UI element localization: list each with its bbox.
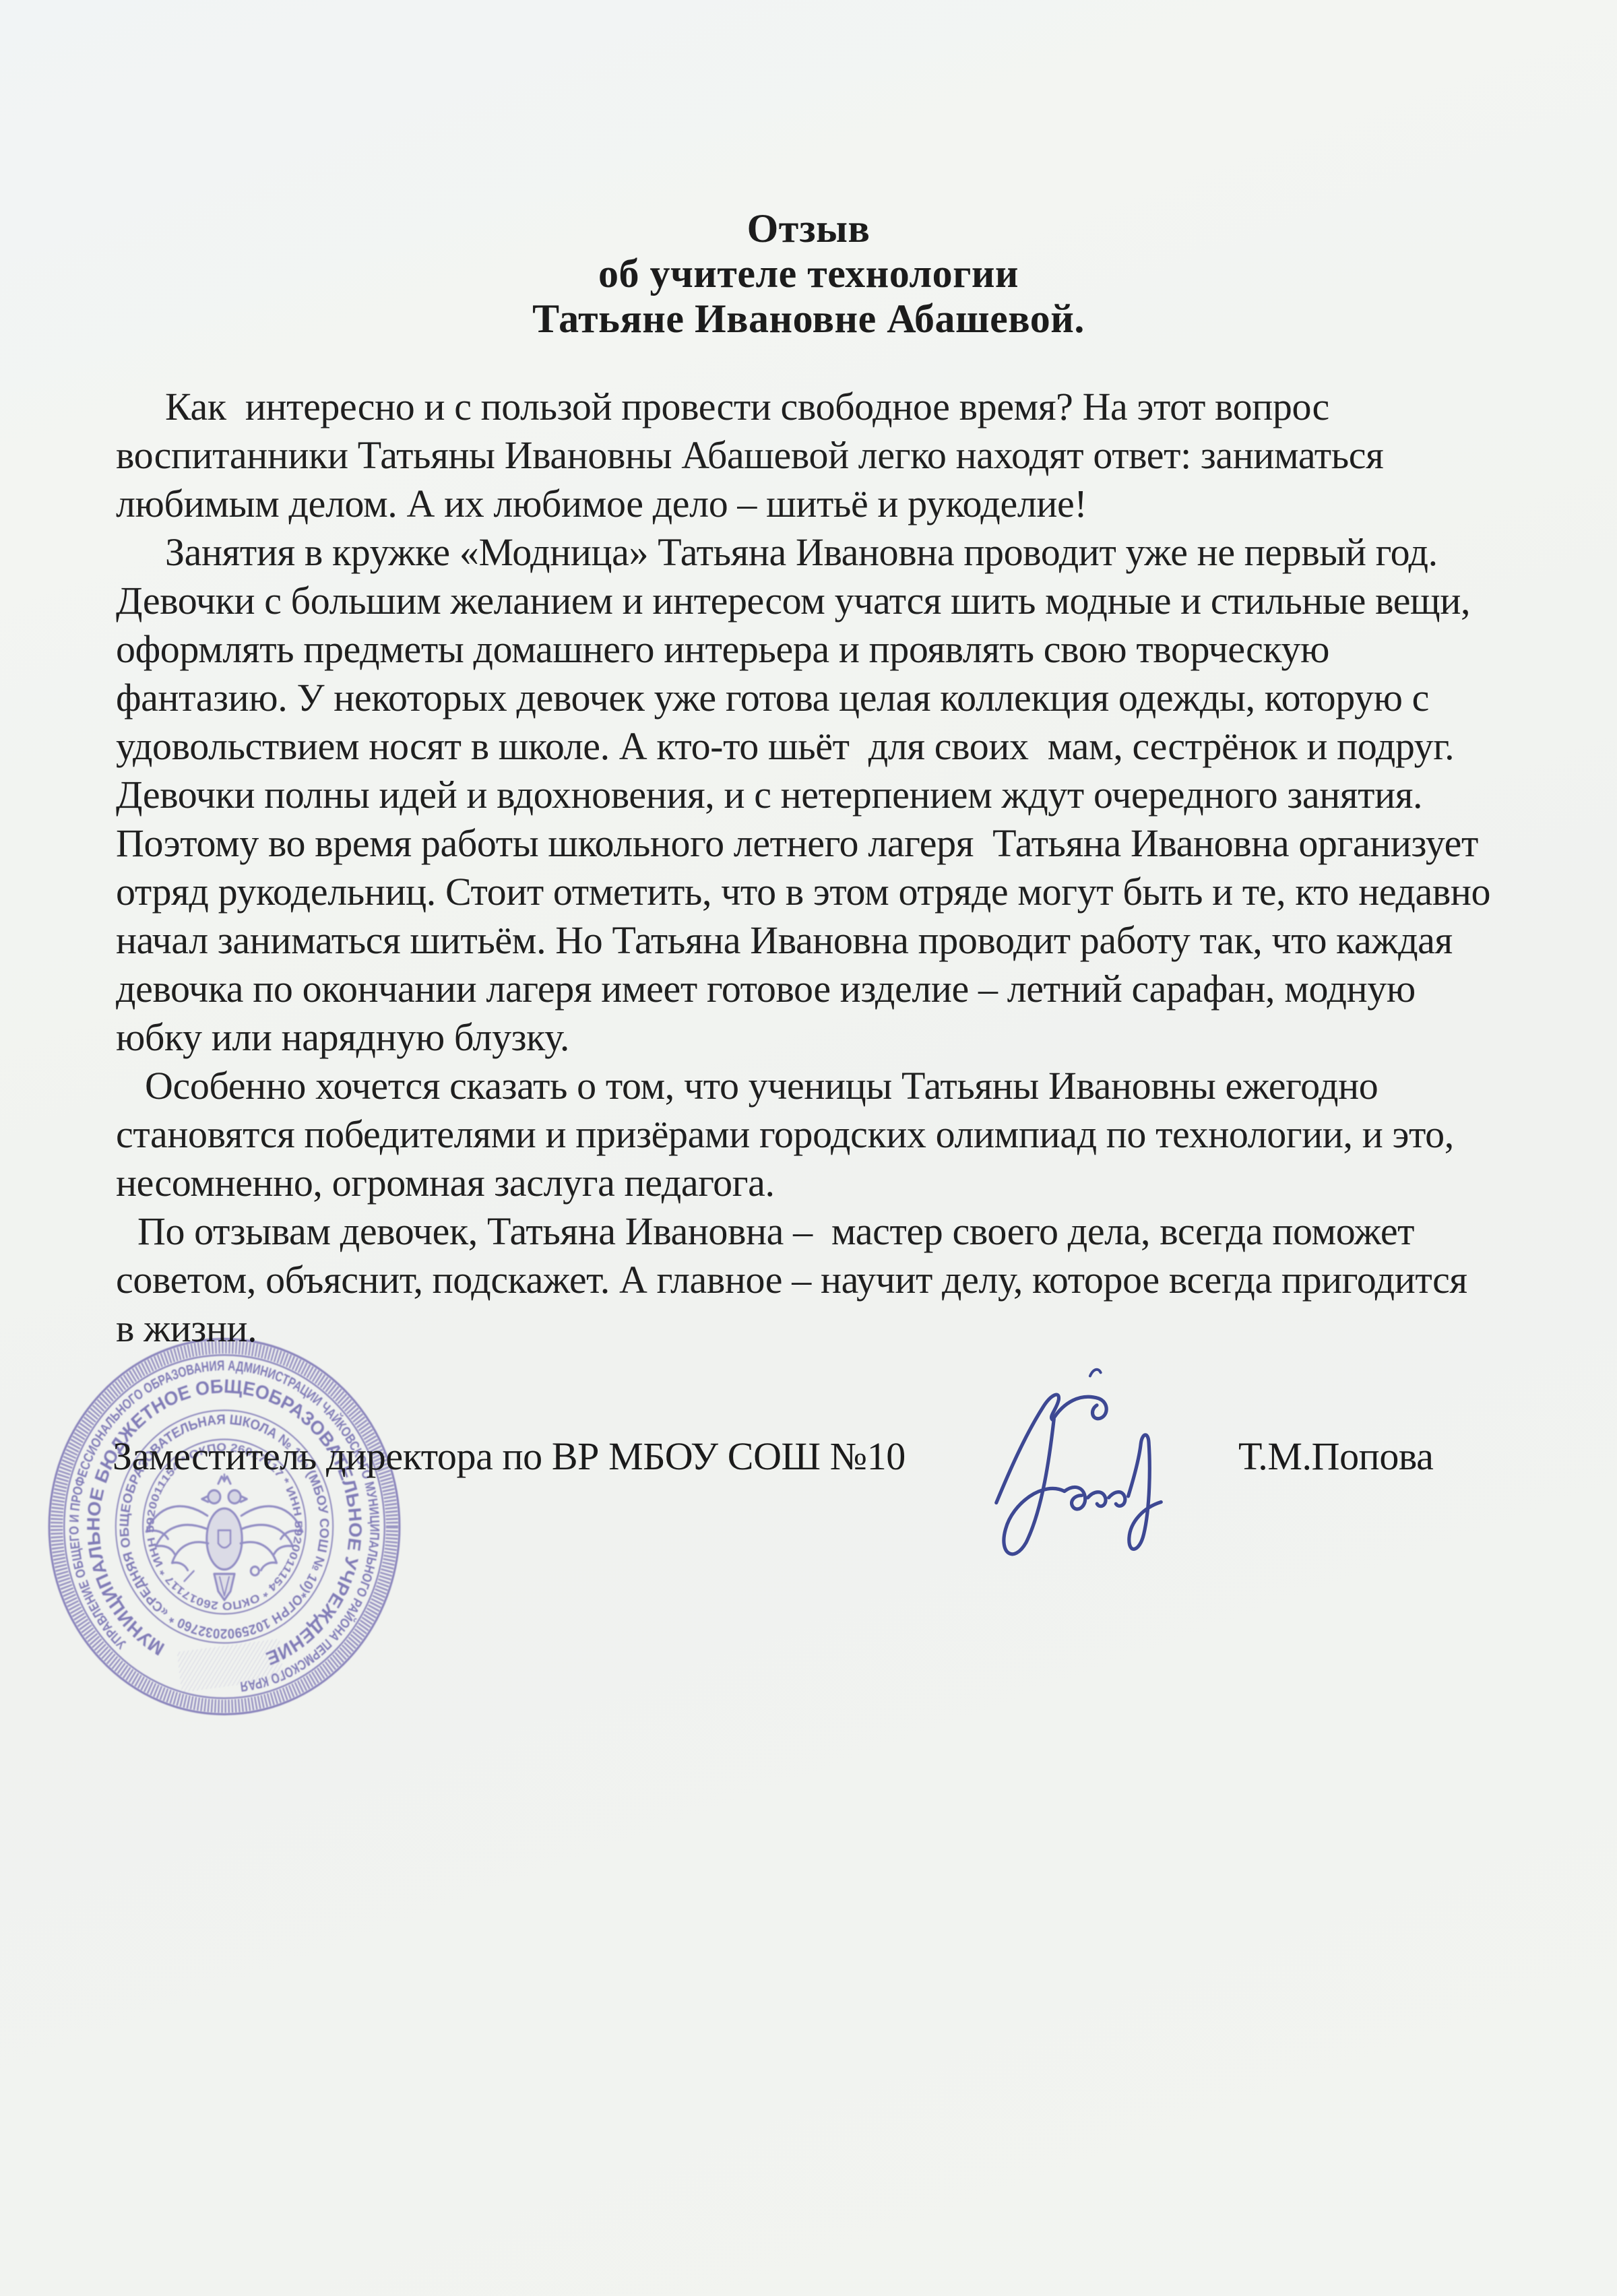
body-line: Занятия в кружке «Модница» Татьяна Ивано… bbox=[116, 528, 1590, 577]
body-line: отряд рукодельниц. Стоит отметить, что в… bbox=[116, 868, 1590, 916]
body-line: становятся победителями и призёрами горо… bbox=[116, 1110, 1590, 1159]
signoff-name-text: Т.М.Попова bbox=[1238, 1434, 1433, 1479]
body-line: фантазию. У некоторых девочек уже готова… bbox=[116, 674, 1590, 722]
document-body: Как интересно и с пользой провести свобо… bbox=[116, 383, 1590, 1353]
signature-stroke bbox=[1064, 1486, 1085, 1510]
body-line: Девочки полны идей и вдохновения, и с не… bbox=[116, 771, 1590, 819]
document-title: Отзыв об учителе технологии Татьяне Иван… bbox=[0, 206, 1617, 342]
body-line: Особенно хочется сказать о том, что учен… bbox=[116, 1062, 1590, 1110]
body-line: девочка по окончании лагеря имеет готово… bbox=[116, 965, 1590, 1013]
body-line: любимым делом. А их любимое дело – шитьё… bbox=[116, 480, 1590, 528]
body-line: Девочки с большим желанием и интересом у… bbox=[116, 577, 1590, 625]
title-line-2: об учителе технологии bbox=[0, 251, 1617, 296]
body-line: По отзывам девочек, Татьяна Ивановна – м… bbox=[116, 1207, 1590, 1256]
signature-stroke bbox=[996, 1419, 1069, 1555]
body-line: оформлять предметы домашнего интерьера и… bbox=[116, 625, 1590, 674]
body-line: советом, объяснит, подскажет. А главное … bbox=[116, 1256, 1590, 1304]
body-line: воспитанники Татьяны Ивановны Абашевой л… bbox=[116, 431, 1590, 480]
signature-stroke bbox=[989, 1395, 1066, 1503]
body-line: несомненно, огромная заслуга педагога. bbox=[116, 1159, 1590, 1207]
title-line-1: Отзыв bbox=[0, 206, 1617, 251]
title-line-3: Татьяне Ивановне Абашевой. bbox=[0, 296, 1617, 342]
body-line: Как интересно и с пользой провести свобо… bbox=[116, 383, 1590, 431]
handwritten-signature bbox=[980, 1362, 1176, 1585]
body-line: юбку или нарядную блузку. bbox=[116, 1013, 1590, 1062]
signature-stroke bbox=[1122, 1434, 1164, 1550]
scanned-document-page: Отзыв об учителе технологии Татьяне Иван… bbox=[0, 0, 1617, 2296]
signature-stroke bbox=[1108, 1492, 1125, 1506]
official-round-stamp: УПРАВЛЕНИЕ ОБЩЕГО И ПРОФЕССИОНАЛЬНОГО ОБ… bbox=[44, 1334, 404, 1719]
body-line: удовольствием носят в школе. А кто-то шь… bbox=[116, 722, 1590, 771]
body-line: Поэтому во время работы школьного летнег… bbox=[116, 819, 1590, 868]
signature-stroke bbox=[1087, 1492, 1106, 1507]
body-line: начал заниматься шитьём. Но Татьяна Иван… bbox=[116, 916, 1590, 965]
signoff-role-text: Заместитель директора по ВР МБОУ СОШ №10 bbox=[113, 1434, 906, 1479]
signature-stroke bbox=[1089, 1369, 1101, 1376]
